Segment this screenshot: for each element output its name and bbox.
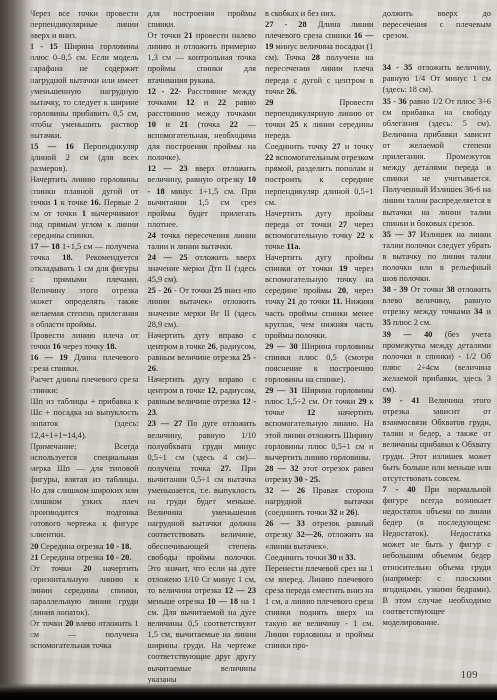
paragraph: 7 - 40 При нормальной фигуре всегда возн… [383, 484, 492, 628]
paragraph: 21 Середина отрезка 10 - 20. [30, 552, 139, 563]
paragraph: Соединить точку 27 и точку 22 вспомогате… [265, 141, 374, 208]
paragraph: 39 - 41 Величина этого отрезка зависит о… [383, 395, 492, 484]
paragraph: Провести линию плеча от точки 16 через т… [30, 330, 139, 352]
paragraph: 16 — 19 Длина плечевого среза спинки. [30, 352, 139, 374]
paragraph: 39 — 40 (без учета промежутка между дета… [383, 329, 492, 396]
paragraph: 20 Середина отрезка 10 - 18. [30, 541, 139, 552]
text-column-4: должить вверх до пересечения с плечевым … [383, 8, 492, 684]
paragraph: Примечание: Всегда используется специаль… [30, 441, 139, 541]
paragraph: 1 - 15 Ширина горловины плюс 0–0,5 см. Е… [30, 41, 139, 141]
paragraph: 35 — 37 Излишек на линии талии полочки с… [383, 229, 492, 284]
paragraph: должить вверх до пересечения с плечевым … [383, 8, 492, 41]
paragraph: 29 Провести перпендикулярную линию от то… [265, 97, 374, 141]
paragraph: 12 - 22- Расстояние между точками 12 и 2… [148, 86, 257, 164]
paragraph: Начертить дугу проймы спинки от точки 19… [265, 252, 374, 341]
paragraph: 17 — 18 1÷1,5 см — получена точка 18. Ре… [30, 241, 139, 330]
paragraph: Соединить точки 30 и 33. [265, 552, 374, 563]
scanned-page: Через все точки провести перпендикулярны… [0, 0, 497, 700]
paragraph: Начертить дугу проймы переда от точки 27… [265, 208, 374, 252]
paragraph: От точки 21 провести налево линию и отло… [148, 30, 257, 85]
paragraph: 26 — 33 отрезок равный отрезку 32—26, от… [265, 518, 374, 551]
paragraph: 32 — 26 Правая сторона нагрудной вытачки… [265, 485, 374, 518]
scan-edge-bar [0, 683, 497, 700]
text-column-3: в скобках и без них.27 - 28 Длина линии … [265, 8, 374, 684]
paragraph: 27 - 28 Длина линии плечевого среза спин… [265, 19, 374, 97]
paragraph: 38 - 39 От точки 38 отложить влево велич… [383, 284, 492, 328]
text-column-2: для построения проймы спинки.От точки 21… [148, 8, 257, 684]
paragraph: Перенести плечевой срез на 1 см вперед. … [265, 563, 374, 652]
text-columns: Через все точки провести перпендикулярны… [30, 8, 491, 684]
paragraph: 15 — 16 Перпендикуляр длиной 2 см (для в… [30, 141, 139, 174]
spine-shadow [0, 0, 34, 700]
paragraph: 28 — 32 этот отрезок равен отрезку 30 - … [265, 463, 374, 485]
paragraph: 34 - 35 отложить величину, равную 1/4 От… [383, 62, 492, 95]
page-number: 109 [461, 670, 478, 681]
paragraph: 29 — 30 Ширина горловины спинки плюс 0,5… [265, 341, 374, 385]
paragraph: 24 — 25 отложить вверх значение мерки Дт… [148, 252, 257, 285]
paragraph: Шп из таблицы + прибавка к Шс + посадка … [30, 396, 139, 440]
paragraph: 35 - 36 равно 1/2 От плюс 3÷6 см прибавк… [383, 96, 492, 229]
paragraph: 12 — 23 вверх отложить величину, равную … [148, 163, 257, 230]
text-column-1: Через все точки провести перпендикулярны… [30, 8, 139, 684]
paragraph: 25 - 26 - От точки 25 вниз «по линии выт… [148, 285, 257, 329]
paragraph: Через все точки провести перпендикулярны… [30, 8, 139, 41]
paragraph: 24 точка пересечения линии талии и линии… [148, 230, 257, 252]
paragraph: Начертить дугу вправо с центром в точке … [148, 330, 257, 374]
paragraph: От точки 20 начертить горизонтальную лин… [30, 563, 139, 618]
paragraph: От точки 20 влево отложить 1 см — получе… [30, 618, 139, 651]
paragraph: 23 — 27 По дуге отложить величину, равну… [148, 418, 257, 684]
paragraph: Расчет длины плечевого среза спинки: [30, 374, 139, 396]
paragraph: в скобках и без них. [265, 8, 374, 19]
paragraph: Начертить дугу вправо с центром в точке … [148, 374, 257, 418]
paragraph: Начертить линию горловины спинки плавной… [30, 174, 139, 241]
paragraph: для построения проймы спинки. [148, 8, 257, 30]
paragraph: 29 — 31 Ширина горловины плюс 1,5÷2 см. … [265, 385, 374, 463]
